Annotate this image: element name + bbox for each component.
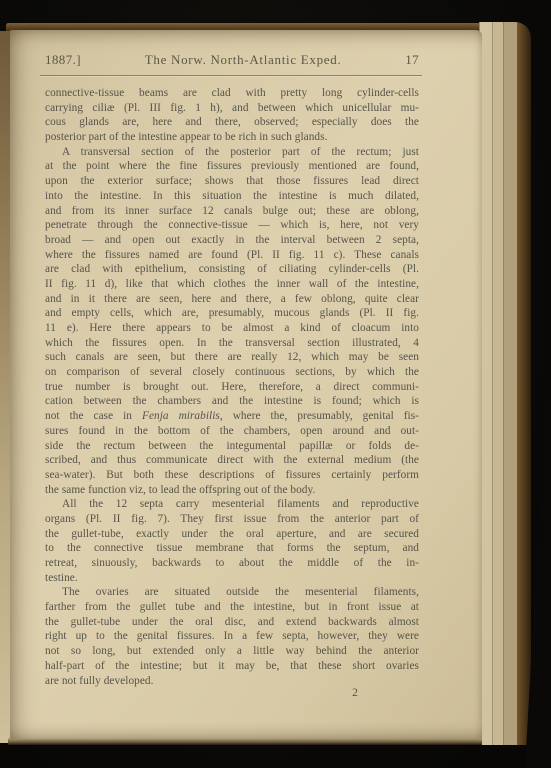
text-line: organs (Pl. II fig. 7). They first issue… (45, 512, 419, 527)
signature-number: 2 (340, 687, 370, 699)
text-segment: such canals are seen, but there are real… (45, 351, 419, 363)
text-line: farther from the gullet tube and the int… (45, 600, 419, 615)
text-segment: right up to the genital fissures. In a f… (45, 630, 419, 642)
text-segment: true number is brought out. Here, theref… (45, 381, 419, 393)
text-segment: the gullet-tube, exactly under the oral … (45, 528, 419, 540)
text-segment: at the point where the fine fissures pre… (45, 160, 419, 172)
paragraph: All the 12 septa carry mesenterial filam… (45, 497, 419, 585)
text-segment: The ovaries are situated outside the mes… (62, 586, 419, 598)
text-segment: organs (Pl. II fig. 7). They first issue… (45, 513, 419, 525)
text-line: right up to the genital fissures. In a f… (45, 629, 419, 644)
text-segment: sea-water). But both these descriptions … (45, 469, 419, 481)
text-segment: the gullet-tube under the oral disc, and… (45, 616, 419, 628)
text-segment: and empty cells, which are, presumably, … (45, 307, 419, 319)
text-segment: into the intestine. In this situation th… (45, 190, 419, 202)
text-line: II fig. 11 d), like that which clothes t… (45, 277, 419, 292)
text-segment: A transversal section of the posterior p… (62, 146, 419, 158)
text-segment: and in it there are seen, here and there… (45, 293, 419, 305)
text-segment: connective-tissue beams are clad with pr… (45, 87, 419, 99)
text-line: A transversal section of the posterior p… (45, 145, 419, 160)
text-line: where the fissures named are found (Pl. … (45, 248, 419, 263)
text-line: testine. (45, 571, 419, 586)
text-line: on comparison of several closely continu… (45, 365, 419, 380)
text-segment: cation between the chambers and the inte… (45, 395, 419, 407)
text-segment: half-part of the intestine; but it may b… (45, 660, 419, 672)
text-line: scribed, and thus communicate direct wit… (45, 453, 419, 468)
paragraph: connective-tissue beams are clad with pr… (45, 86, 419, 145)
text-line: retreat, sinuously, backwards to about t… (45, 556, 419, 571)
text-line: sea-water). But both these descriptions … (45, 468, 419, 483)
paragraph: A transversal section of the posterior p… (45, 145, 419, 498)
body-text: connective-tissue beams are clad with pr… (45, 86, 419, 688)
text-line: cation between the chambers and the inte… (45, 394, 419, 409)
page-edge-strip (503, 22, 517, 745)
text-line: the same function viz, to lead the offsp… (45, 483, 419, 498)
header-page-number: 17 (405, 52, 419, 68)
text-line: not the case in Fenja mirabilis, where t… (45, 409, 419, 424)
text-segment: II fig. 11 d), like that which clothes t… (45, 278, 419, 290)
text-segment: the same function viz, to lead the offsp… (45, 484, 315, 496)
text-segment: 11 e). Here there appears to be almost a… (45, 322, 419, 334)
page: 1887.] The Norw. North-Atlantic Exped. 1… (10, 30, 482, 739)
text-segment: posterior part of the intestine appear t… (45, 131, 327, 143)
header-year: 1887.] (45, 52, 81, 68)
text-line: connective-tissue beams are clad with pr… (45, 86, 419, 101)
text-segment: side the rectum between the integumental… (45, 440, 419, 452)
text-segment: are not fully developed. (45, 675, 153, 687)
text-line: broad — and open out exactly in the inte… (45, 233, 419, 248)
text-segment: not so long, but extended only a little … (45, 645, 419, 657)
text-line: at the point where the fine fissures pre… (45, 159, 419, 174)
text-line: sures found in the bottom of the chamber… (45, 424, 419, 439)
text-segment: where the fissures named are found (Pl. … (45, 249, 419, 261)
text-line: are not fully developed. (45, 674, 419, 689)
text-line: upon the exterior surface; shows that th… (45, 174, 419, 189)
text-segment: which the fissures open. In the transver… (45, 337, 419, 349)
paragraph: The ovaries are situated outside the mes… (45, 585, 419, 688)
text-line: posterior part of the intestine appear t… (45, 130, 419, 145)
text-segment: broad — and open out exactly in the inte… (45, 234, 419, 246)
page-header: 1887.] The Norw. North-Atlantic Exped. 1… (45, 52, 419, 68)
page-stack (479, 22, 531, 745)
text-line: All the 12 septa carry mesenterial filam… (45, 497, 419, 512)
text-segment: to the connective tissue membrane that f… (45, 542, 419, 554)
text-line: which the fissures open. In the transver… (45, 336, 419, 351)
text-line: such canals are seen, but there are real… (45, 350, 419, 365)
text-segment: sures found in the bottom of the chamber… (45, 425, 419, 437)
text-line: cous glands are, here and there, observe… (45, 115, 419, 130)
text-line: true number is brought out. Here, theref… (45, 380, 419, 395)
book-cover-edge (517, 22, 531, 745)
text-segment: are clad with epithelium, consisting of … (45, 263, 419, 275)
book-photo: 1887.] The Norw. North-Atlantic Exped. 1… (0, 0, 551, 768)
header-rule (40, 75, 422, 76)
species-name: Fenja mirabilis (142, 410, 220, 422)
text-segment: All the 12 septa carry mesenterial filam… (62, 498, 419, 510)
text-segment: not the case in (45, 410, 142, 422)
text-line: the gullet-tube, exactly under the oral … (45, 527, 419, 542)
text-segment: and from its inner surface 12 canals bul… (45, 205, 419, 217)
text-segment: cous glands are, here and there, observe… (45, 116, 419, 128)
text-segment: on comparison of several closely continu… (45, 366, 419, 378)
text-segment: testine. (45, 572, 78, 584)
text-line: and empty cells, which are, presumably, … (45, 306, 419, 321)
text-line: and from its inner surface 12 canals bul… (45, 204, 419, 219)
text-segment: carrying ciliæ (Pl. III fig. 1 h), and b… (45, 102, 419, 114)
text-segment: retreat, sinuously, backwards to about t… (45, 557, 419, 569)
text-segment: scribed, and thus communicate direct wit… (45, 454, 419, 466)
text-line: are clad with epithelium, consisting of … (45, 262, 419, 277)
header-title: The Norw. North-Atlantic Exped. (145, 52, 342, 68)
bottom-page-edges (8, 738, 482, 745)
text-line: 11 e). Here there appears to be almost a… (45, 321, 419, 336)
text-line: not so long, but extended only a little … (45, 644, 419, 659)
text-line: to the connective tissue membrane that f… (45, 541, 419, 556)
text-line: penetrate through the connective-tissue … (45, 218, 419, 233)
text-line: the gullet-tube under the oral disc, and… (45, 615, 419, 630)
text-line: half-part of the intestine; but it may b… (45, 659, 419, 674)
text-line: carrying ciliæ (Pl. III fig. 1 h), and b… (45, 101, 419, 116)
text-line: and in it there are seen, here and there… (45, 292, 419, 307)
text-segment: upon the exterior surface; shows that th… (45, 175, 419, 187)
page-edge-strip (492, 22, 503, 745)
text-line: The ovaries are situated outside the mes… (45, 585, 419, 600)
text-line: side the rectum between the integumental… (45, 439, 419, 454)
text-segment: penetrate through the connective-tissue … (45, 219, 419, 231)
text-line: into the intestine. In this situation th… (45, 189, 419, 204)
text-segment: farther from the gullet tube and the int… (45, 601, 419, 613)
text-segment: , where the, presumably, genital fis- (220, 410, 419, 422)
